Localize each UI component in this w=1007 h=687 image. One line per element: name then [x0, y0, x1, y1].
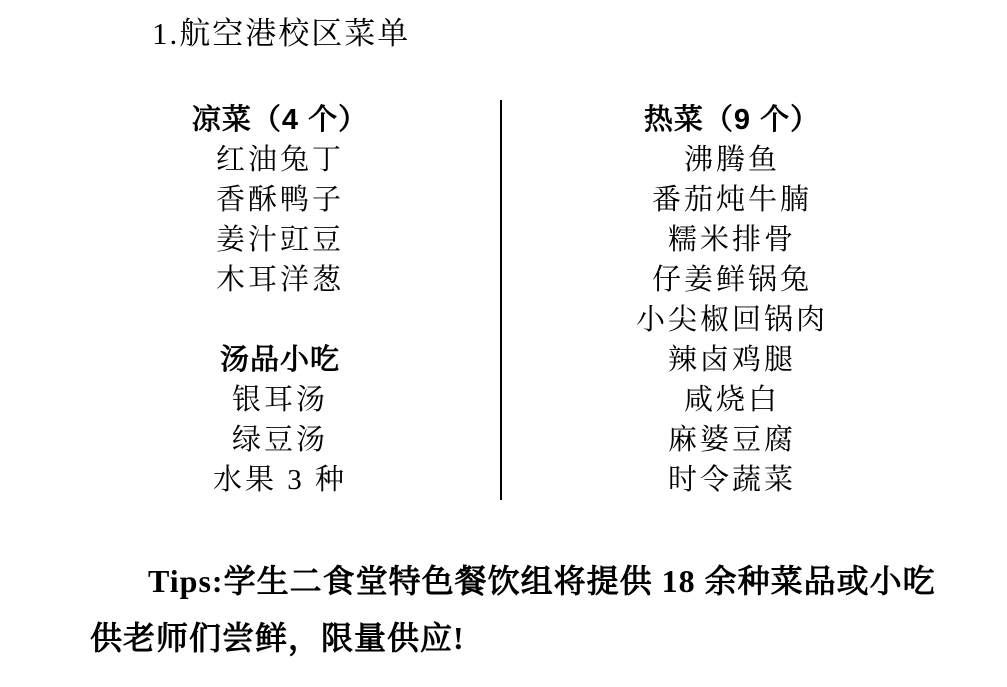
cold-dishes-column: 凉菜（4 个） 红油兔丁 香酥鸭子 姜汁豇豆 木耳洋葱 汤品小吃 银耳汤 绿豆汤…: [60, 100, 500, 500]
menu-item: 糯米排骨: [502, 220, 962, 260]
menu-item: 红油兔丁: [60, 140, 500, 180]
page-title: 1.航空港校区菜单: [152, 8, 410, 53]
tips-line-2: 供老师们尝鲜，限量供应!: [90, 610, 950, 667]
menu-item: 小尖椒回锅肉: [502, 300, 962, 340]
tips-line-1: Tips:学生二食堂特色餐饮组将提供 18 余种菜品或小吃: [90, 553, 950, 610]
tips-paragraph: Tips:学生二食堂特色餐饮组将提供 18 余种菜品或小吃 供老师们尝鲜，限量供…: [90, 553, 950, 667]
menu-item: 番茄炖牛腩: [502, 180, 962, 220]
menu-item: 香酥鸭子: [60, 180, 500, 220]
section-heading-cold-dishes: 凉菜（4 个）: [60, 100, 500, 140]
hot-dishes-column: 热菜（9 个） 沸腾鱼 番茄炖牛腩 糯米排骨 仔姜鲜锅兔 小尖椒回锅肉 辣卤鸡腿…: [502, 100, 962, 500]
blank-row: [60, 300, 500, 340]
section-heading-soups-snacks: 汤品小吃: [60, 340, 500, 380]
menu-item: 水果 3 种: [60, 460, 500, 500]
menu-item: 银耳汤: [60, 380, 500, 420]
menu-table: 凉菜（4 个） 红油兔丁 香酥鸭子 姜汁豇豆 木耳洋葱 汤品小吃 银耳汤 绿豆汤…: [60, 100, 962, 500]
menu-item: 沸腾鱼: [502, 140, 962, 180]
menu-item: 木耳洋葱: [60, 260, 500, 300]
menu-item: 麻婆豆腐: [502, 420, 962, 460]
menu-item: 辣卤鸡腿: [502, 340, 962, 380]
menu-item: 姜汁豇豆: [60, 220, 500, 260]
menu-item: 绿豆汤: [60, 420, 500, 460]
menu-item: 仔姜鲜锅兔: [502, 260, 962, 300]
menu-item: 咸烧白: [502, 380, 962, 420]
section-heading-hot-dishes: 热菜（9 个）: [502, 100, 962, 140]
menu-item: 时令蔬菜: [502, 460, 962, 500]
